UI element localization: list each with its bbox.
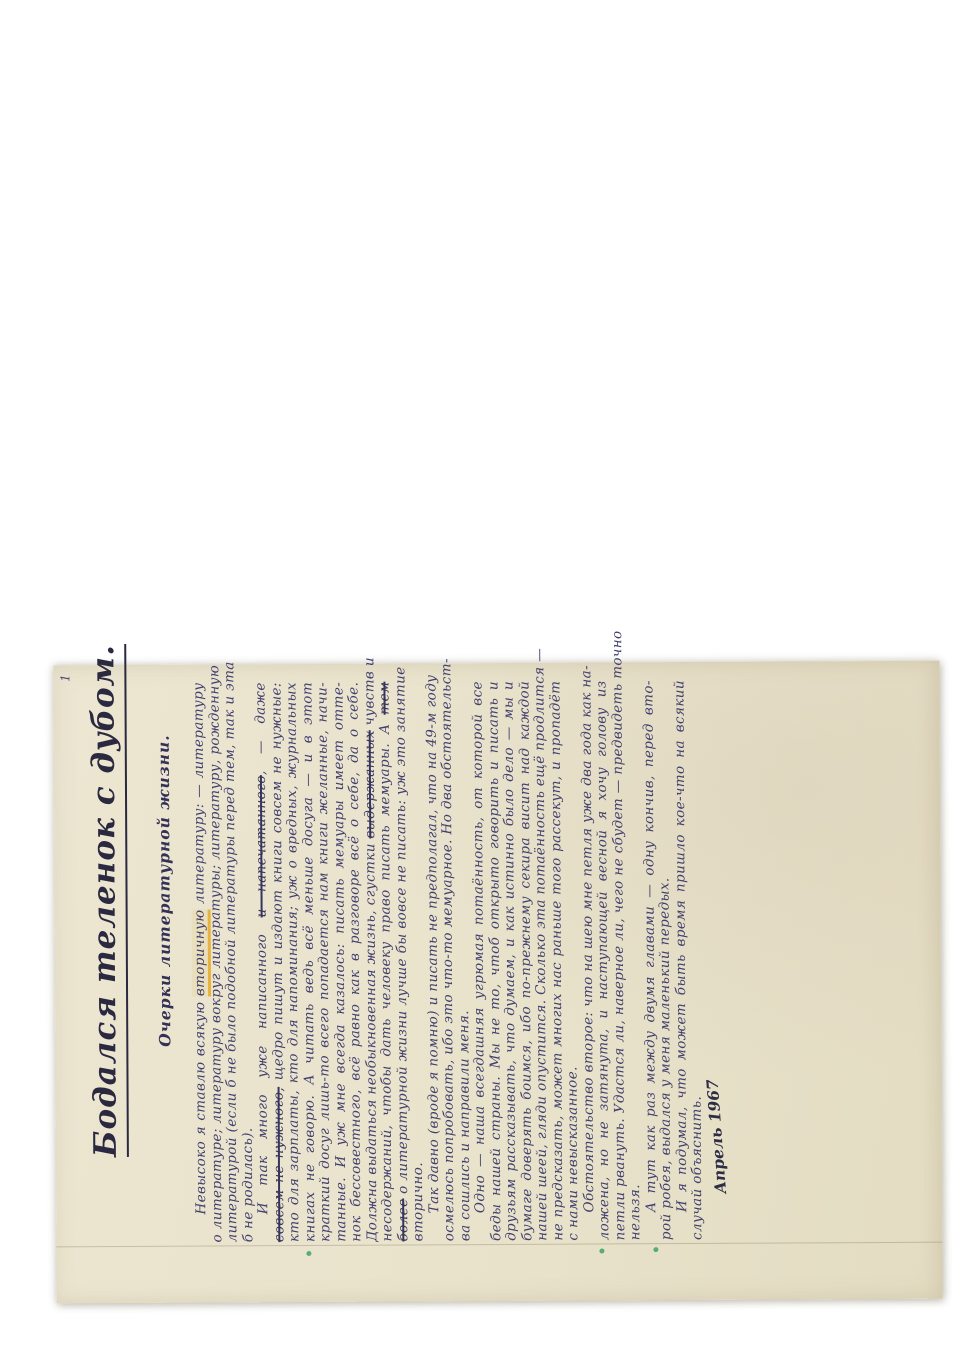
struck-out-word: совсем не нужного,: [270, 1087, 287, 1242]
manuscript-text: с нами невысказанное.: [564, 1066, 581, 1240]
manuscript-text: петли рвануть. Удастся ли, наверное ли, …: [609, 630, 628, 1240]
manuscript-text: не предсказать, может многих нас раньше …: [547, 681, 566, 1241]
manuscript-text: Невысоко я ставлю всякую: [192, 996, 209, 1214]
manuscript-text: случай объяснить.: [689, 1096, 706, 1240]
manuscript-line: петли рвануть. Удастся ли, наверное ли, …: [610, 680, 628, 1240]
manuscript-text: литературу: — литературу: [190, 683, 207, 910]
green-margin-dot: [653, 1247, 658, 1252]
struck-out-word: более: [395, 1199, 411, 1242]
manuscript-text: , — даже: [252, 682, 268, 775]
manuscript-line: случай объяснить.: [687, 680, 705, 1240]
manuscript-line: не предсказать, может многих нас раньше …: [548, 681, 566, 1241]
manuscript-line: литературой (если б не было подобной лит…: [222, 682, 240, 1242]
manuscript-text: И я подумал, что может быть время пришло…: [671, 680, 690, 1212]
manuscript-line: более о литературной жизни лучше бы вовс…: [393, 681, 411, 1241]
green-margin-dot: [599, 1248, 604, 1253]
struck-out-word: тем: [376, 682, 392, 715]
struck-out-word: выдержанных: [361, 730, 378, 838]
ruled-margin-line: [56, 1242, 942, 1248]
manuscript-page: 1 Бодался теленок с дубом. Очерки литера…: [53, 661, 942, 1304]
manuscript-text: о литературной жизни лучше бы вовсе не п…: [392, 666, 411, 1198]
scan-backdrop: { "scan": { "backdrop_color": "#ffffff",…: [0, 0, 966, 1362]
manuscript-text: чувств и: [361, 657, 377, 730]
manuscript-line: И я подумал, что может быть время пришло…: [672, 680, 690, 1240]
page-number: 1: [58, 674, 72, 682]
manuscript-date: Апрель 1967: [703, 1079, 731, 1195]
green-margin-dot: [306, 1251, 311, 1256]
manuscript-text: литературой (если б не было подобной лит…: [221, 661, 240, 1242]
manuscript-text: вторично.: [410, 1162, 426, 1242]
manuscript-scan-sheet: 1 Бодался теленок с дубом. Очерки литера…: [53, 661, 942, 1304]
manuscript-line: осмелюсь попробовать, ибо это что-то мем…: [439, 681, 457, 1241]
manuscript-body: Невысоко я ставлю всякую вторичную литер…: [191, 680, 705, 1243]
manuscript-text: осмелюсь попробовать, ибо это что-то мем…: [438, 658, 457, 1241]
manuscript-subtitle: Очерки литературной жизни.: [154, 734, 175, 1046]
struck-out-word: и напечатанного: [253, 775, 270, 918]
manuscript-title: Бодался теленок с дубом.: [85, 644, 129, 1157]
manuscript-text: б не родилась).: [239, 1127, 256, 1242]
manuscript-text: нельзя.: [627, 1184, 643, 1240]
manuscript-text: ва сошлись и направили меня.: [456, 1010, 473, 1241]
